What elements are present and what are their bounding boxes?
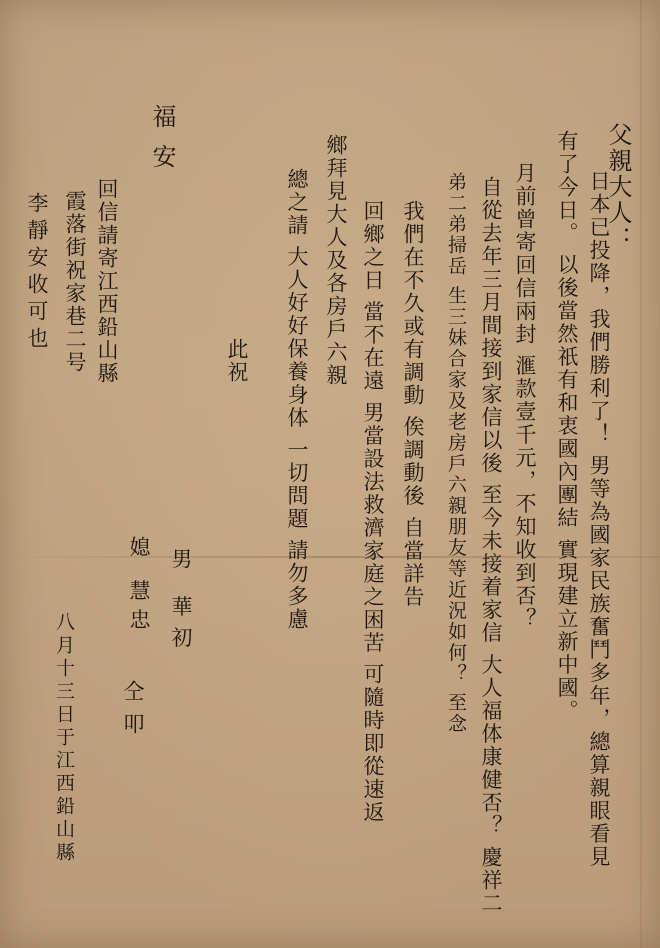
letter-column-3: 月前曾寄回信兩封 滙款壹千元，不知收到否？: [514, 162, 535, 631]
letter-column-4: 自從去年三月間接到家信以後 至今未接着家信 大人福体康健否？ 慶祥二: [480, 176, 501, 915]
letter-column-1: 日本已投降，我們勝利了！ 男等為國家民族奮鬥多年，總算親眼看見: [588, 170, 609, 869]
postscript-line-2: 霞落街祝家巷二号: [64, 190, 85, 374]
signature-son: 男 華初: [170, 548, 191, 658]
letter-column-6: 我們在不久或有調動 俟調動後 自當詳告: [402, 200, 423, 608]
fold-crease-vertical: [640, 0, 642, 948]
postscript-line-3: 李靜安收可也: [26, 192, 47, 354]
letter-column-7: 回鄉之日 當不在遠 男當設法救濟家庭之困苦 可隨時即從速返: [362, 200, 383, 824]
signature-daughter-in-law: 媳 慧忠: [128, 536, 149, 638]
signature-joint-bow: 仝叩: [122, 680, 143, 746]
postscript-line-1: 回信請寄江西鉛山縣: [96, 178, 117, 385]
letter-column-9: 總之請 大人好好保養身体 一切問題 請勿多慮: [286, 168, 307, 631]
date-and-place: 八月十三日于江西鉛山縣: [54, 612, 73, 865]
closing-phrase: 此祝: [226, 338, 247, 384]
blessing: 福安: [150, 104, 174, 184]
letter-page: 父親大人： 日本已投降，我們勝利了！ 男等為國家民族奮鬥多年，總算親眼看見 有了…: [0, 0, 660, 948]
letter-column-2: 有了今日。 以後當然祇有和衷國內團結 實現建立新中國。: [556, 130, 577, 722]
letter-column-8: 鄉拜見大人及各房戶六親: [325, 134, 346, 387]
letter-column-5: 弟二弟掃岳 生三妹合家及老房戶六親朋友等近況如何？ 至念: [446, 172, 465, 734]
